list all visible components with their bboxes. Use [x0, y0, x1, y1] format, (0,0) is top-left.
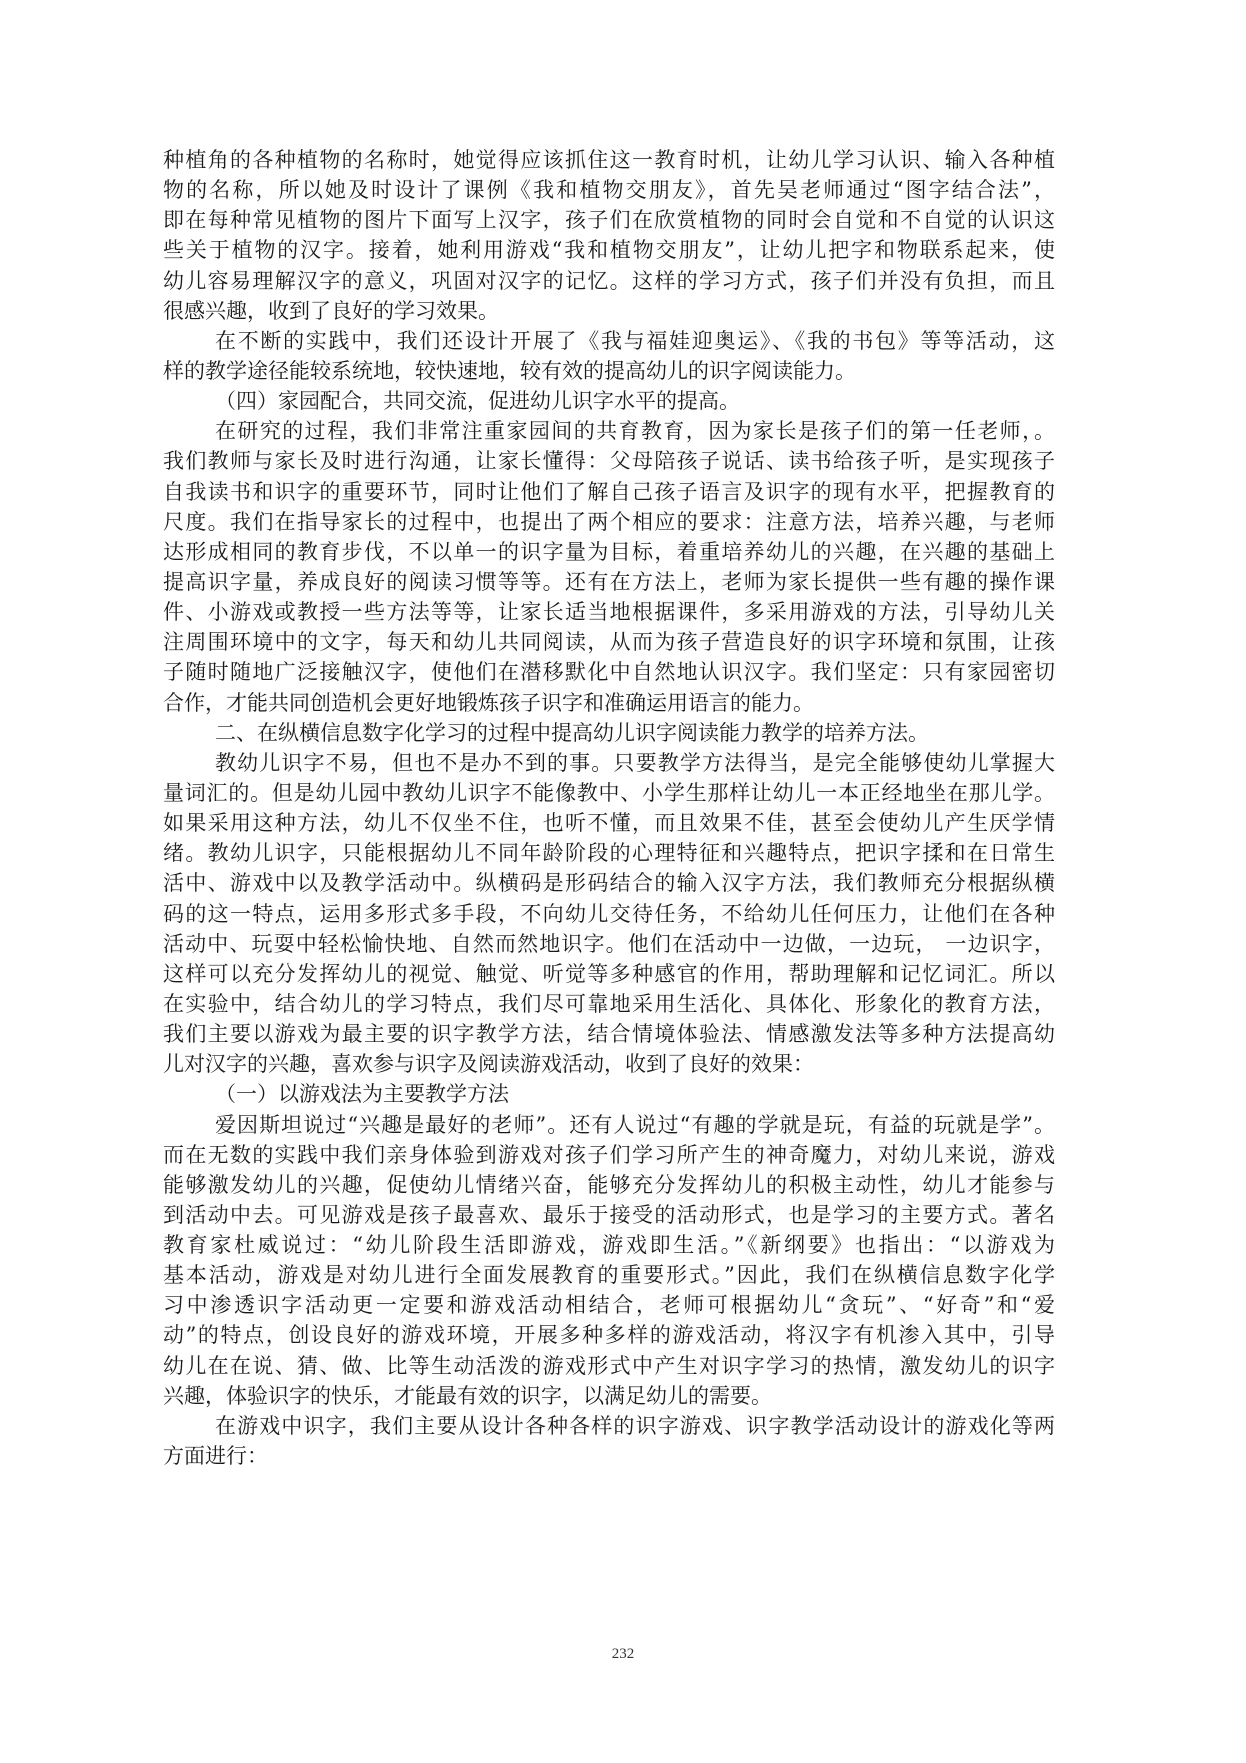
- text-line: 达形成相同的教育步伐，不以单一的识字量为目标，着重培养幼儿的兴趣，在兴趣的基础上: [163, 537, 1055, 567]
- text-line: 注周围环境中的文字，每天和幼儿共同阅读，从而为孩子营造良好的识字环境和氛围，让孩: [163, 627, 1055, 657]
- paragraph-first-line: 爱因斯坦说过“兴趣是最好的老师”。还有人说过“有趣的学就是玩，有益的玩就是学”。: [163, 1110, 1055, 1140]
- text-line: 绪。教幼儿识字，只能根据幼儿不同年龄阶段的心理特征和兴趣特点，把识字揉和在日常生: [163, 838, 1055, 868]
- document-page: 种植角的各种植物的名称时，她觉得应该抓住这一教育时机，让幼儿学习认识、输入各种植…: [0, 0, 1246, 1763]
- paragraph-first-line: 在不断的实践中，我们还设计开展了《我与福娃迎奥运》、《我的书包》等等活动，这: [163, 326, 1055, 356]
- text-line: 些关于植物的汉字。接着，她利用游戏“我和植物交朋友”，让幼儿把字和物联系起来，使: [163, 235, 1055, 265]
- text-line: 能够激发幼儿的兴趣，促使幼儿情绪兴奋，能够充分发挥幼儿的积极主动性，幼儿才能参与: [163, 1170, 1055, 1200]
- text-line: 很感兴趣，收到了良好的学习效果。: [163, 296, 1055, 326]
- text-line: 教育家杜威说过：“幼儿阶段生活即游戏，游戏即生活。”《新纲要》也指出：“以游戏为: [163, 1230, 1055, 1260]
- text-line: 活动中、玩耍中轻松愉快地、自然而然地识字。他们在活动中一边做，一边玩， 一边识字…: [163, 929, 1055, 959]
- text-line: 到活动中去。可见游戏是孩子最喜欢、最乐于接受的活动形式，也是学习的主要方式。著名: [163, 1200, 1055, 1230]
- text-line: 样的教学途径能较系统地，较快速地，较有效的提高幼儿的识字阅读能力。: [163, 356, 1055, 386]
- text-line: 提高识字量，养成良好的阅读习惯等等。还有在方法上，老师为家长提供一些有趣的操作课: [163, 567, 1055, 597]
- body-text: 种植角的各种植物的名称时，她觉得应该抓住这一教育时机，让幼儿学习认识、输入各种植…: [163, 145, 1055, 1471]
- text-line: 在实验中，结合幼儿的学习特点，我们尽可靠地采用生活化、具体化、形象化的教育方法，: [163, 989, 1055, 1019]
- text-line: 即在每种常见植物的图片下面写上汉字，孩子们在欣赏植物的同时会自觉和不自觉的认识这: [163, 205, 1055, 235]
- text-line: 这样可以充分发挥幼儿的视觉、触觉、听觉等多种感官的作用，帮助理解和记忆词汇。所以: [163, 959, 1055, 989]
- text-line: 码的这一特点，运用多形式多手段，不向幼儿交待任务，不给幼儿任何压力，让他们在各种: [163, 899, 1055, 929]
- paragraph-first-line: 二、在纵横信息数字化学习的过程中提高幼儿识字阅读能力教学的培养方法。: [163, 718, 1055, 748]
- paragraph-first-line: （四）家园配合，共同交流，促进幼儿识字水平的提高。: [163, 386, 1055, 416]
- text-line: 尺度。我们在指导家长的过程中，也提出了两个相应的要求：注意方法，培养兴趣，与老师: [163, 507, 1055, 537]
- paragraph-first-line: 在研究的过程，我们非常注重家园间的共育教育，因为家长是孩子们的第一任老师，。: [163, 416, 1055, 446]
- page-number: 232: [0, 1646, 1246, 1663]
- text-line: 儿对汉字的兴趣，喜欢参与识字及阅读游戏活动，收到了良好的效果：: [163, 1049, 1055, 1079]
- text-line: 量词汇的。但是幼儿园中教幼儿识字不能像教中、小学生那样让幼儿一本正经地坐在那儿学…: [163, 778, 1055, 808]
- text-line: 自我读书和识字的重要环节，同时让他们了解自己孩子语言及识字的现有水平，把握教育的: [163, 477, 1055, 507]
- paragraph-first-line: 教幼儿识字不易，但也不是办不到的事。只要教学方法得当，是完全能够使幼儿掌握大: [163, 748, 1055, 778]
- text-line: 子随时随地广泛接触汉字，使他们在潜移默化中自然地认识汉字。我们坚定：只有家园密切: [163, 657, 1055, 687]
- text-line: 而在无数的实践中我们亲身体验到游戏对孩子们学习所产生的神奇魔力，对幼儿来说，游戏: [163, 1140, 1055, 1170]
- text-line: 幼儿容易理解汉字的意义，巩固对汉字的记忆。这样的学习方式，孩子们并没有负担，而且: [163, 266, 1055, 296]
- text-line: 如果采用这种方法，幼儿不仅坐不住，也听不懂，而且效果不佳，甚至会使幼儿产生厌学情: [163, 808, 1055, 838]
- text-line: 兴趣，体验识字的快乐，才能最有效的识字，以满足幼儿的需要。: [163, 1381, 1055, 1411]
- paragraph-first-line: 在游戏中识字，我们主要从设计各种各样的识字游戏、识字教学活动设计的游戏化等两: [163, 1411, 1055, 1441]
- text-line: 物的名称，所以她及时设计了课例《我和植物交朋友》，首先吴老师通过“图字结合法”，: [163, 175, 1055, 205]
- text-line: 我们主要以游戏为最主要的识字教学方法，结合情境体验法、情感激发法等多种方法提高幼: [163, 1019, 1055, 1049]
- text-line: 件、小游戏或教授一些方法等等，让家长适当地根据课件，多采用游戏的方法，引导幼儿关: [163, 597, 1055, 627]
- text-line: 我们教师与家长及时进行沟通，让家长懂得：父母陪孩子说话、读书给孩子听，是实现孩子: [163, 446, 1055, 476]
- paragraph-first-line: （一）以游戏法为主要教学方法: [163, 1079, 1055, 1109]
- text-line: 合作，才能共同创造机会更好地锻炼孩子识字和准确运用语言的能力。: [163, 688, 1055, 718]
- text-line: 习中渗透识字活动更一定要和游戏活动相结合，老师可根据幼儿“贪玩”、“好奇”和“爱: [163, 1290, 1055, 1320]
- text-line: 种植角的各种植物的名称时，她觉得应该抓住这一教育时机，让幼儿学习认识、输入各种植: [163, 145, 1055, 175]
- text-line: 动”的特点，创设良好的游戏环境，开展多种多样的游戏活动，将汉字有机渗入其中，引导: [163, 1320, 1055, 1350]
- text-line: 基本活动，游戏是对幼儿进行全面发展教育的重要形式。”因此，我们在纵横信息数字化学: [163, 1260, 1055, 1290]
- text-line: 幼儿在在说、猜、做、比等生动活泼的游戏形式中产生对识字学习的热情，激发幼儿的识字: [163, 1351, 1055, 1381]
- text-line: 活中、游戏中以及教学活动中。纵横码是形码结合的输入汉字方法，我们教师充分根据纵横: [163, 868, 1055, 898]
- text-line: 方面进行：: [163, 1441, 1055, 1471]
